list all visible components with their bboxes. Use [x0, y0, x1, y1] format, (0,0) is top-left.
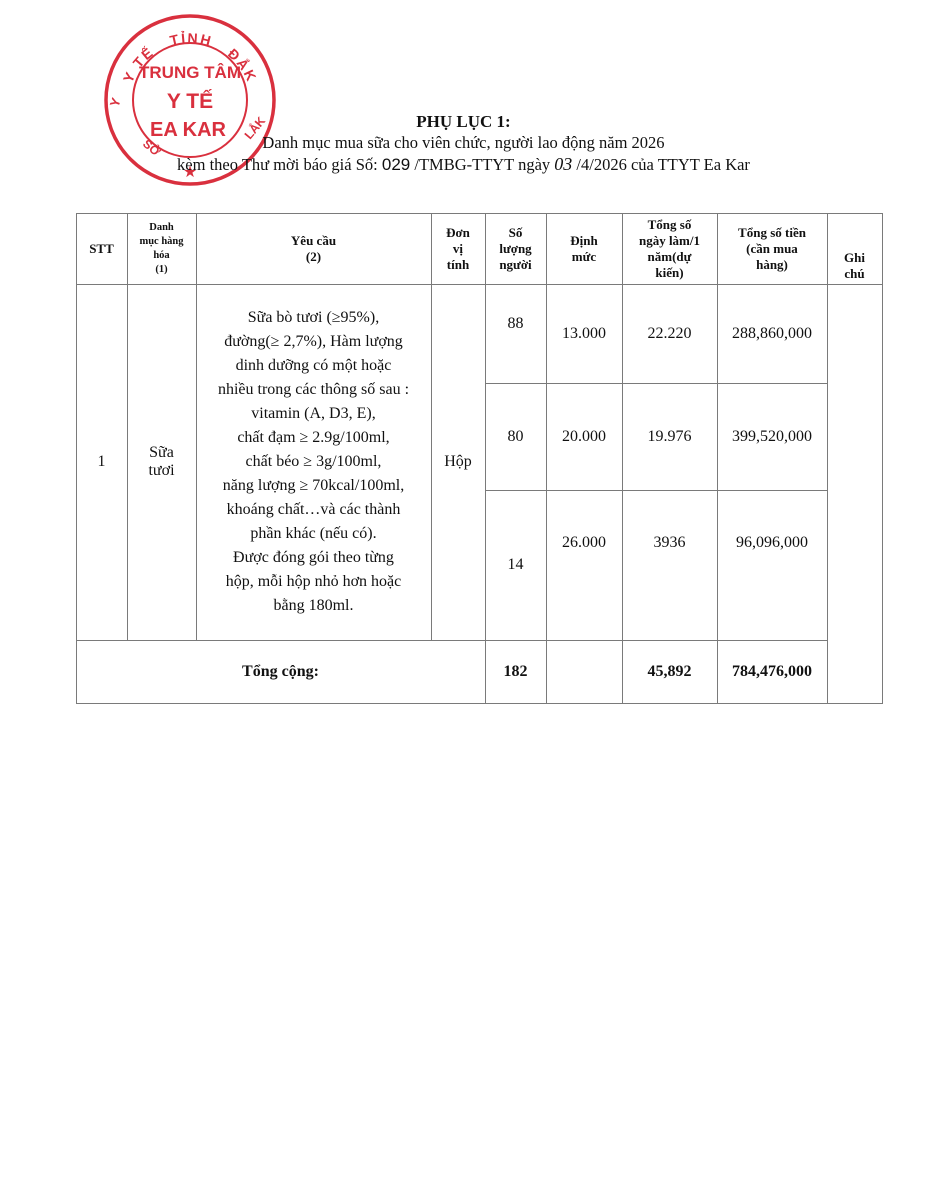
item-requirement-line: khoáng chất…và các thành [218, 498, 409, 522]
row-people: 14 [485, 520, 546, 610]
item-requirement-line: phần khác (nếu có). [218, 522, 409, 546]
col-header-people-line: lượng [499, 241, 531, 257]
col-header-item-line: mục hàng [139, 235, 183, 249]
col-header-days-line: năm(dự [639, 249, 700, 265]
ref-prefix: kèm theo Thư mời báo giá Số: [177, 155, 378, 174]
col-header-stt: STT [76, 213, 127, 284]
item-requirement-line: chất đạm ≥ 2.9g/100ml, [218, 426, 409, 450]
row-amount-text: 288,860,000 [732, 325, 812, 343]
row-amount: 96,096,000 [717, 490, 827, 596]
total-label: Tổng cộng: [76, 640, 485, 703]
row-days: 19.976 [622, 383, 717, 490]
stamp-line1: TRUNG TÂM [139, 63, 241, 82]
item-name-line: Sữa [148, 444, 174, 462]
col-header-requirement-line: Yêu cầu [291, 233, 336, 249]
item-requirement-line: bằng 180ml. [218, 594, 409, 618]
col-header-item-line: hóa [139, 249, 183, 263]
ref-suffix: /4/2026 của TTYT Ea Kar [576, 155, 750, 174]
item-requirement-line: Được đóng gói theo từng [218, 546, 409, 570]
item-requirement-line: nhiều trong các thông số sau : [218, 378, 409, 402]
col-header-amount: Tổng số tiền(cần muahàng) [717, 213, 827, 284]
row-people-text: 14 [508, 556, 524, 574]
col-header-days: Tổng sốngày làm/1năm(dựkiến) [622, 213, 717, 284]
col-header-stt-text: STT [89, 241, 114, 257]
item-requirement-line: năng lượng ≥ 70kcal/100ml, [218, 474, 409, 498]
item-stt: 1 [76, 284, 127, 640]
row-amount-text: 96,096,000 [736, 534, 808, 552]
row-amount: 399,520,000 [717, 383, 827, 490]
col-header-item: Danhmục hànghóa(1) [127, 213, 196, 284]
col-header-unit-line: vị [446, 241, 470, 257]
item-requirement-line: vitamin (A, D3, E), [218, 402, 409, 426]
col-header-rate-line: Định [570, 233, 597, 249]
col-header-people: Sốlượngngười [485, 213, 546, 284]
col-header-people-line: người [499, 257, 531, 273]
col-header-days-line: ngày làm/1 [639, 233, 700, 249]
row-people-text: 88 [508, 315, 524, 333]
item-requirement-line: dinh dưỡng có một hoặc [218, 354, 409, 378]
total-amount: 784,476,000 [717, 640, 827, 703]
table-border [76, 703, 883, 704]
col-header-rate-line: mức [570, 249, 597, 265]
item-unit-text: Hộp [444, 453, 472, 471]
document-subtitle: Danh mục mua sữa cho viên chức, người la… [0, 133, 927, 153]
col-header-note-line: chú [844, 266, 865, 282]
total-days: 45,892 [622, 640, 717, 703]
item-requirement-line: Sữa bò tươi (≥95%), [218, 306, 409, 330]
total-label-text: Tổng cộng: [242, 663, 319, 681]
col-header-rate: Địnhmức [546, 213, 622, 284]
row-rate: 26.000 [546, 490, 622, 596]
col-header-people-line: Số [499, 225, 531, 241]
total-amount-text: 784,476,000 [732, 663, 812, 681]
col-header-amount-line: Tổng số tiền [738, 225, 806, 241]
total-rate [546, 640, 622, 703]
row-days-text: 19.976 [648, 428, 692, 446]
row-people-text: 80 [508, 428, 524, 446]
row-days: 22.220 [622, 284, 717, 383]
total-people: 182 [485, 640, 546, 703]
stamp-line2: Y TẾ [167, 90, 213, 113]
item-requirement-line: hộp, mỗi hộp nhỏ hơn hoặc [218, 570, 409, 594]
item-requirement: Sữa bò tươi (≥95%),đường(≥ 2,7%), Hàm lư… [196, 284, 431, 640]
col-header-days-line: kiến) [639, 265, 700, 281]
svg-text:Y: Y [107, 95, 124, 109]
row-rate-text: 20.000 [562, 428, 606, 446]
row-days-text: 22.220 [648, 325, 692, 343]
total-days-text: 45,892 [648, 663, 692, 681]
ref-middle: /TMBG-TTYT ngày [414, 155, 550, 174]
total-people-text: 182 [504, 663, 528, 681]
row-people: 88 [485, 284, 546, 363]
item-note [827, 284, 882, 703]
col-header-unit-line: tính [446, 257, 470, 273]
row-amount-text: 399,520,000 [732, 428, 812, 446]
col-header-note-line: Ghi [844, 250, 865, 266]
document-title: PHỤ LỤC 1: [0, 112, 927, 132]
item-stt-text: 1 [98, 453, 106, 471]
item-requirement-line: chất béo ≥ 3g/100ml, [218, 450, 409, 474]
col-header-requirement: Yêu cầu(2) [196, 213, 431, 284]
table-border [882, 213, 883, 704]
row-rate-text: 13.000 [562, 325, 606, 343]
ref-number: 029 [382, 155, 410, 174]
item-name-line: tươi [148, 462, 174, 480]
row-rate-text: 26.000 [562, 534, 606, 552]
row-days: 3936 [622, 490, 717, 596]
row-people: 80 [485, 383, 546, 490]
row-rate: 20.000 [546, 383, 622, 490]
col-header-unit-line: Đơn [446, 225, 470, 241]
col-header-requirement-line: (2) [291, 249, 336, 265]
item-requirement-line: đường(≥ 2,7%), Hàm lượng [218, 330, 409, 354]
col-header-days-line: Tổng số [639, 217, 700, 233]
col-header-item-line: Danh [139, 221, 183, 235]
col-header-amount-line: (cần mua [738, 241, 806, 257]
row-rate: 13.000 [546, 284, 622, 383]
item-unit: Hộp [431, 284, 485, 640]
col-header-note: Ghichú [827, 213, 882, 284]
ref-day: 03 [554, 154, 572, 174]
col-header-amount-line: hàng) [738, 257, 806, 273]
row-amount: 288,860,000 [717, 284, 827, 383]
col-header-unit: Đơnvịtính [431, 213, 485, 284]
col-header-item-line: (1) [139, 263, 183, 277]
item-name: Sữatươi [127, 284, 196, 640]
row-days-text: 3936 [654, 534, 686, 552]
document-reference: kèm theo Thư mời báo giá Số: 029 /TMBG-T… [0, 154, 927, 175]
